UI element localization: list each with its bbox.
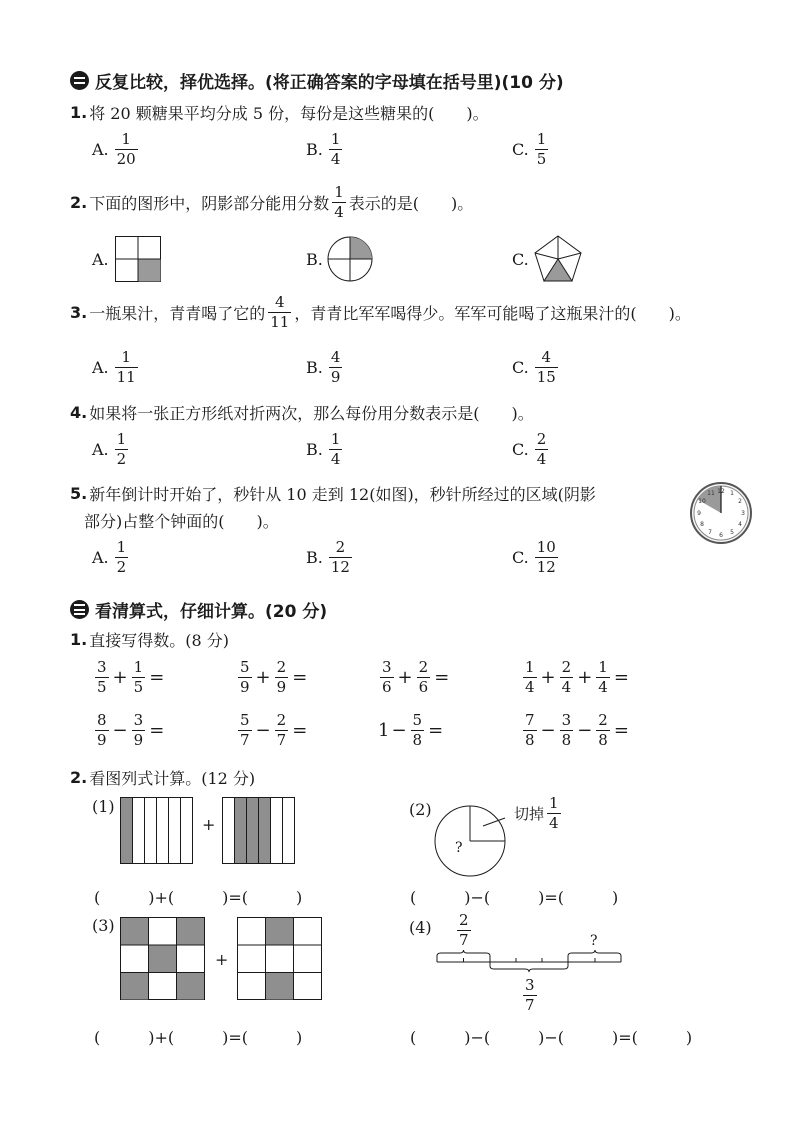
question-mark: ? bbox=[455, 840, 463, 856]
q3-option-c[interactable]: C. 415 bbox=[512, 350, 561, 385]
option-label: B. bbox=[306, 250, 323, 269]
calc-expression: 89 − 39 = bbox=[92, 713, 205, 748]
fraction: 24 bbox=[535, 432, 549, 467]
plus-sign: + bbox=[202, 815, 215, 834]
svg-text:5: 5 bbox=[730, 529, 734, 536]
question-number: 2. bbox=[70, 193, 87, 212]
option-label: C. bbox=[512, 358, 529, 377]
section-2-badge-icon bbox=[70, 71, 89, 90]
question-text: ，青青比军军喝得少。军军可能喝了这瓶果汁的( )。 bbox=[294, 301, 691, 324]
svg-text:8: 8 bbox=[700, 521, 704, 528]
question-text: 如果将一张正方形纸对折两次，那么每份用分数表示是( )。 bbox=[89, 401, 534, 424]
fraction: 111 bbox=[115, 350, 138, 385]
option-label: A. bbox=[92, 548, 109, 567]
square-quarter-shaded-figure bbox=[115, 236, 161, 282]
fraction: 212 bbox=[329, 540, 352, 575]
svg-text:7: 7 bbox=[708, 529, 712, 536]
section-3-header: 看清算式，仔细计算。(20 分) bbox=[70, 597, 327, 622]
item-4-label: (4) bbox=[409, 918, 432, 937]
item-4-answer-row[interactable]: ( )−( )−( )=( ) bbox=[410, 1025, 692, 1048]
question-text: 部分)占整个钟面的( )。 bbox=[84, 509, 279, 532]
fraction: 12 bbox=[115, 432, 129, 467]
svg-text:1: 1 bbox=[730, 490, 734, 497]
question-text: 看图列式计算。(12 分) bbox=[89, 766, 255, 789]
option-label: B. bbox=[306, 358, 323, 377]
part-2-title: 2. 看图列式计算。(12 分) bbox=[70, 766, 255, 789]
question-4: 4. 如果将一张正方形纸对折两次，那么每份用分数表示是( )。 bbox=[70, 401, 534, 424]
q1-option-b[interactable]: B. 14 bbox=[306, 132, 345, 167]
fraction: 411 bbox=[268, 295, 291, 330]
svg-text:10: 10 bbox=[698, 498, 706, 505]
calc-expression: 36 + 26 = bbox=[377, 660, 490, 695]
question-text: 将 20 颗糖果平均分成 5 份，每份是这些糖果的( )。 bbox=[89, 101, 488, 124]
q5-option-a[interactable]: A. 12 bbox=[92, 540, 131, 575]
question-number: 3. bbox=[70, 303, 87, 322]
calc-expression: 14 + 24 + 14 = bbox=[520, 660, 670, 695]
item-2-label: (2) bbox=[409, 800, 432, 819]
q5-option-b[interactable]: B. 212 bbox=[306, 540, 355, 575]
fraction: 12 bbox=[115, 540, 129, 575]
q1-option-a[interactable]: A. 120 bbox=[92, 132, 141, 167]
bar-sixths-1-shaded-figure bbox=[120, 797, 194, 865]
bottom-fraction: 37 bbox=[520, 978, 540, 1013]
option-label: A. bbox=[92, 250, 109, 269]
question-number: 1. bbox=[70, 103, 87, 122]
question-2: 2. 下面的图形中，阴影部分能用分数 14 表示的是( )。 bbox=[70, 185, 473, 220]
clock-icon: 1212 345 678 91011 bbox=[690, 482, 752, 544]
question-5: 5. 新年倒计时开始了，秒针从 10 走到 12(如图)，秒针所经过的区域(阴影 bbox=[70, 482, 596, 505]
option-label: C. bbox=[512, 250, 529, 269]
q4-option-c[interactable]: C. 24 bbox=[512, 432, 551, 467]
fraction: 120 bbox=[115, 132, 138, 167]
fraction: 14 bbox=[332, 185, 346, 220]
item-2-answer-row[interactable]: ( )−( )=( ) bbox=[410, 885, 618, 908]
plus-sign: + bbox=[215, 950, 228, 969]
calc-expression: 1 − 58 = bbox=[377, 713, 484, 748]
fraction: 14 bbox=[329, 432, 343, 467]
question-5-line-2: 部分)占整个钟面的( )。 bbox=[84, 509, 279, 532]
calc-expression: 57 − 27 = bbox=[235, 713, 348, 748]
q4-option-b[interactable]: B. 14 bbox=[306, 432, 345, 467]
question-number: 2. bbox=[70, 768, 87, 787]
fraction: 1012 bbox=[535, 540, 558, 575]
q1-option-c[interactable]: C. 15 bbox=[512, 132, 551, 167]
section-2-header: 反复比较，择优选择。(将正确答案的字母填在括号里)(10 分) bbox=[70, 68, 564, 93]
q4-option-a[interactable]: A. 12 bbox=[92, 432, 131, 467]
svg-text:6: 6 bbox=[719, 532, 723, 539]
option-label: A. bbox=[92, 440, 109, 459]
question-text: 表示的是( )。 bbox=[349, 191, 474, 214]
grid-3x3-x-pattern-figure bbox=[120, 917, 206, 1001]
calc-expression: 35 + 15 = bbox=[92, 660, 205, 695]
option-label: A. bbox=[92, 140, 109, 159]
bar-sixths-3-shaded-figure bbox=[222, 797, 296, 865]
circle-quarter-cut-figure bbox=[435, 806, 507, 878]
circle-quarter-shaded-figure bbox=[327, 236, 373, 282]
fraction: 49 bbox=[329, 350, 343, 385]
option-label: B. bbox=[306, 140, 323, 159]
option-label: C. bbox=[512, 548, 529, 567]
q2-option-b[interactable]: B. bbox=[306, 250, 326, 269]
top-fraction: 27 bbox=[454, 913, 474, 948]
section-3-badge-icon bbox=[70, 600, 89, 619]
section-3-title: 看清算式，仔细计算。(20 分) bbox=[95, 597, 327, 622]
fraction: 15 bbox=[535, 132, 549, 167]
svg-text:3: 3 bbox=[741, 510, 745, 517]
q2-option-c[interactable]: C. bbox=[512, 250, 532, 269]
option-label: A. bbox=[92, 358, 109, 377]
option-label: B. bbox=[306, 548, 323, 567]
item-3-answer-row[interactable]: ( )+( )=( ) bbox=[94, 1025, 302, 1048]
svg-text:2: 2 bbox=[738, 498, 742, 505]
calc-expression: 59 + 29 = bbox=[235, 660, 348, 695]
grid-3x3-column-pattern-figure bbox=[237, 917, 323, 1001]
item-3-label: (3) bbox=[92, 916, 115, 935]
svg-text:12: 12 bbox=[717, 488, 725, 495]
part-1-title: 1. 直接写得数。(8 分) bbox=[70, 628, 229, 651]
question-text: 新年倒计时开始了，秒针从 10 走到 12(如图)，秒针所经过的区域(阴影 bbox=[89, 482, 596, 505]
option-label: B. bbox=[306, 440, 323, 459]
question-number: 5. bbox=[70, 484, 87, 503]
item-1-label: (1) bbox=[92, 797, 115, 816]
q3-option-b[interactable]: B. 49 bbox=[306, 350, 345, 385]
option-label: C. bbox=[512, 440, 529, 459]
question-number: 1. bbox=[70, 630, 87, 649]
fraction: 415 bbox=[535, 350, 558, 385]
svg-text:9: 9 bbox=[697, 510, 701, 517]
option-label: C. bbox=[512, 140, 529, 159]
question-number: 4. bbox=[70, 403, 87, 422]
item-1-answer-row[interactable]: ( )+( )=( ) bbox=[94, 885, 302, 908]
svg-text:4: 4 bbox=[738, 521, 742, 528]
pentagon-fifth-shaded-figure bbox=[534, 236, 582, 282]
section-2-title: 反复比较，择优选择。(将正确答案的字母填在括号里)(10 分) bbox=[95, 68, 564, 93]
question-mark: ? bbox=[590, 933, 598, 949]
question-text: 下面的图形中，阴影部分能用分数 bbox=[89, 191, 329, 214]
question-1: 1. 将 20 颗糖果平均分成 5 份，每份是这些糖果的( )。 bbox=[70, 101, 489, 124]
fraction: 14 bbox=[329, 132, 343, 167]
cut-label: 切掉 14 bbox=[514, 796, 564, 831]
q2-option-a[interactable]: A. bbox=[92, 250, 112, 269]
segment-line-diagram bbox=[435, 950, 625, 974]
question-text: 一瓶果汁，青青喝了它的 bbox=[89, 301, 265, 324]
q5-option-c[interactable]: C. 1012 bbox=[512, 540, 561, 575]
question-text: 直接写得数。(8 分) bbox=[89, 628, 229, 651]
question-3: 3. 一瓶果汁，青青喝了它的 411 ，青青比军军喝得少。军军可能喝了这瓶果汁的… bbox=[70, 295, 691, 330]
calc-expression: 78 − 38 − 28 = bbox=[520, 713, 670, 748]
svg-text:11: 11 bbox=[707, 490, 715, 497]
q3-option-a[interactable]: A. 111 bbox=[92, 350, 141, 385]
